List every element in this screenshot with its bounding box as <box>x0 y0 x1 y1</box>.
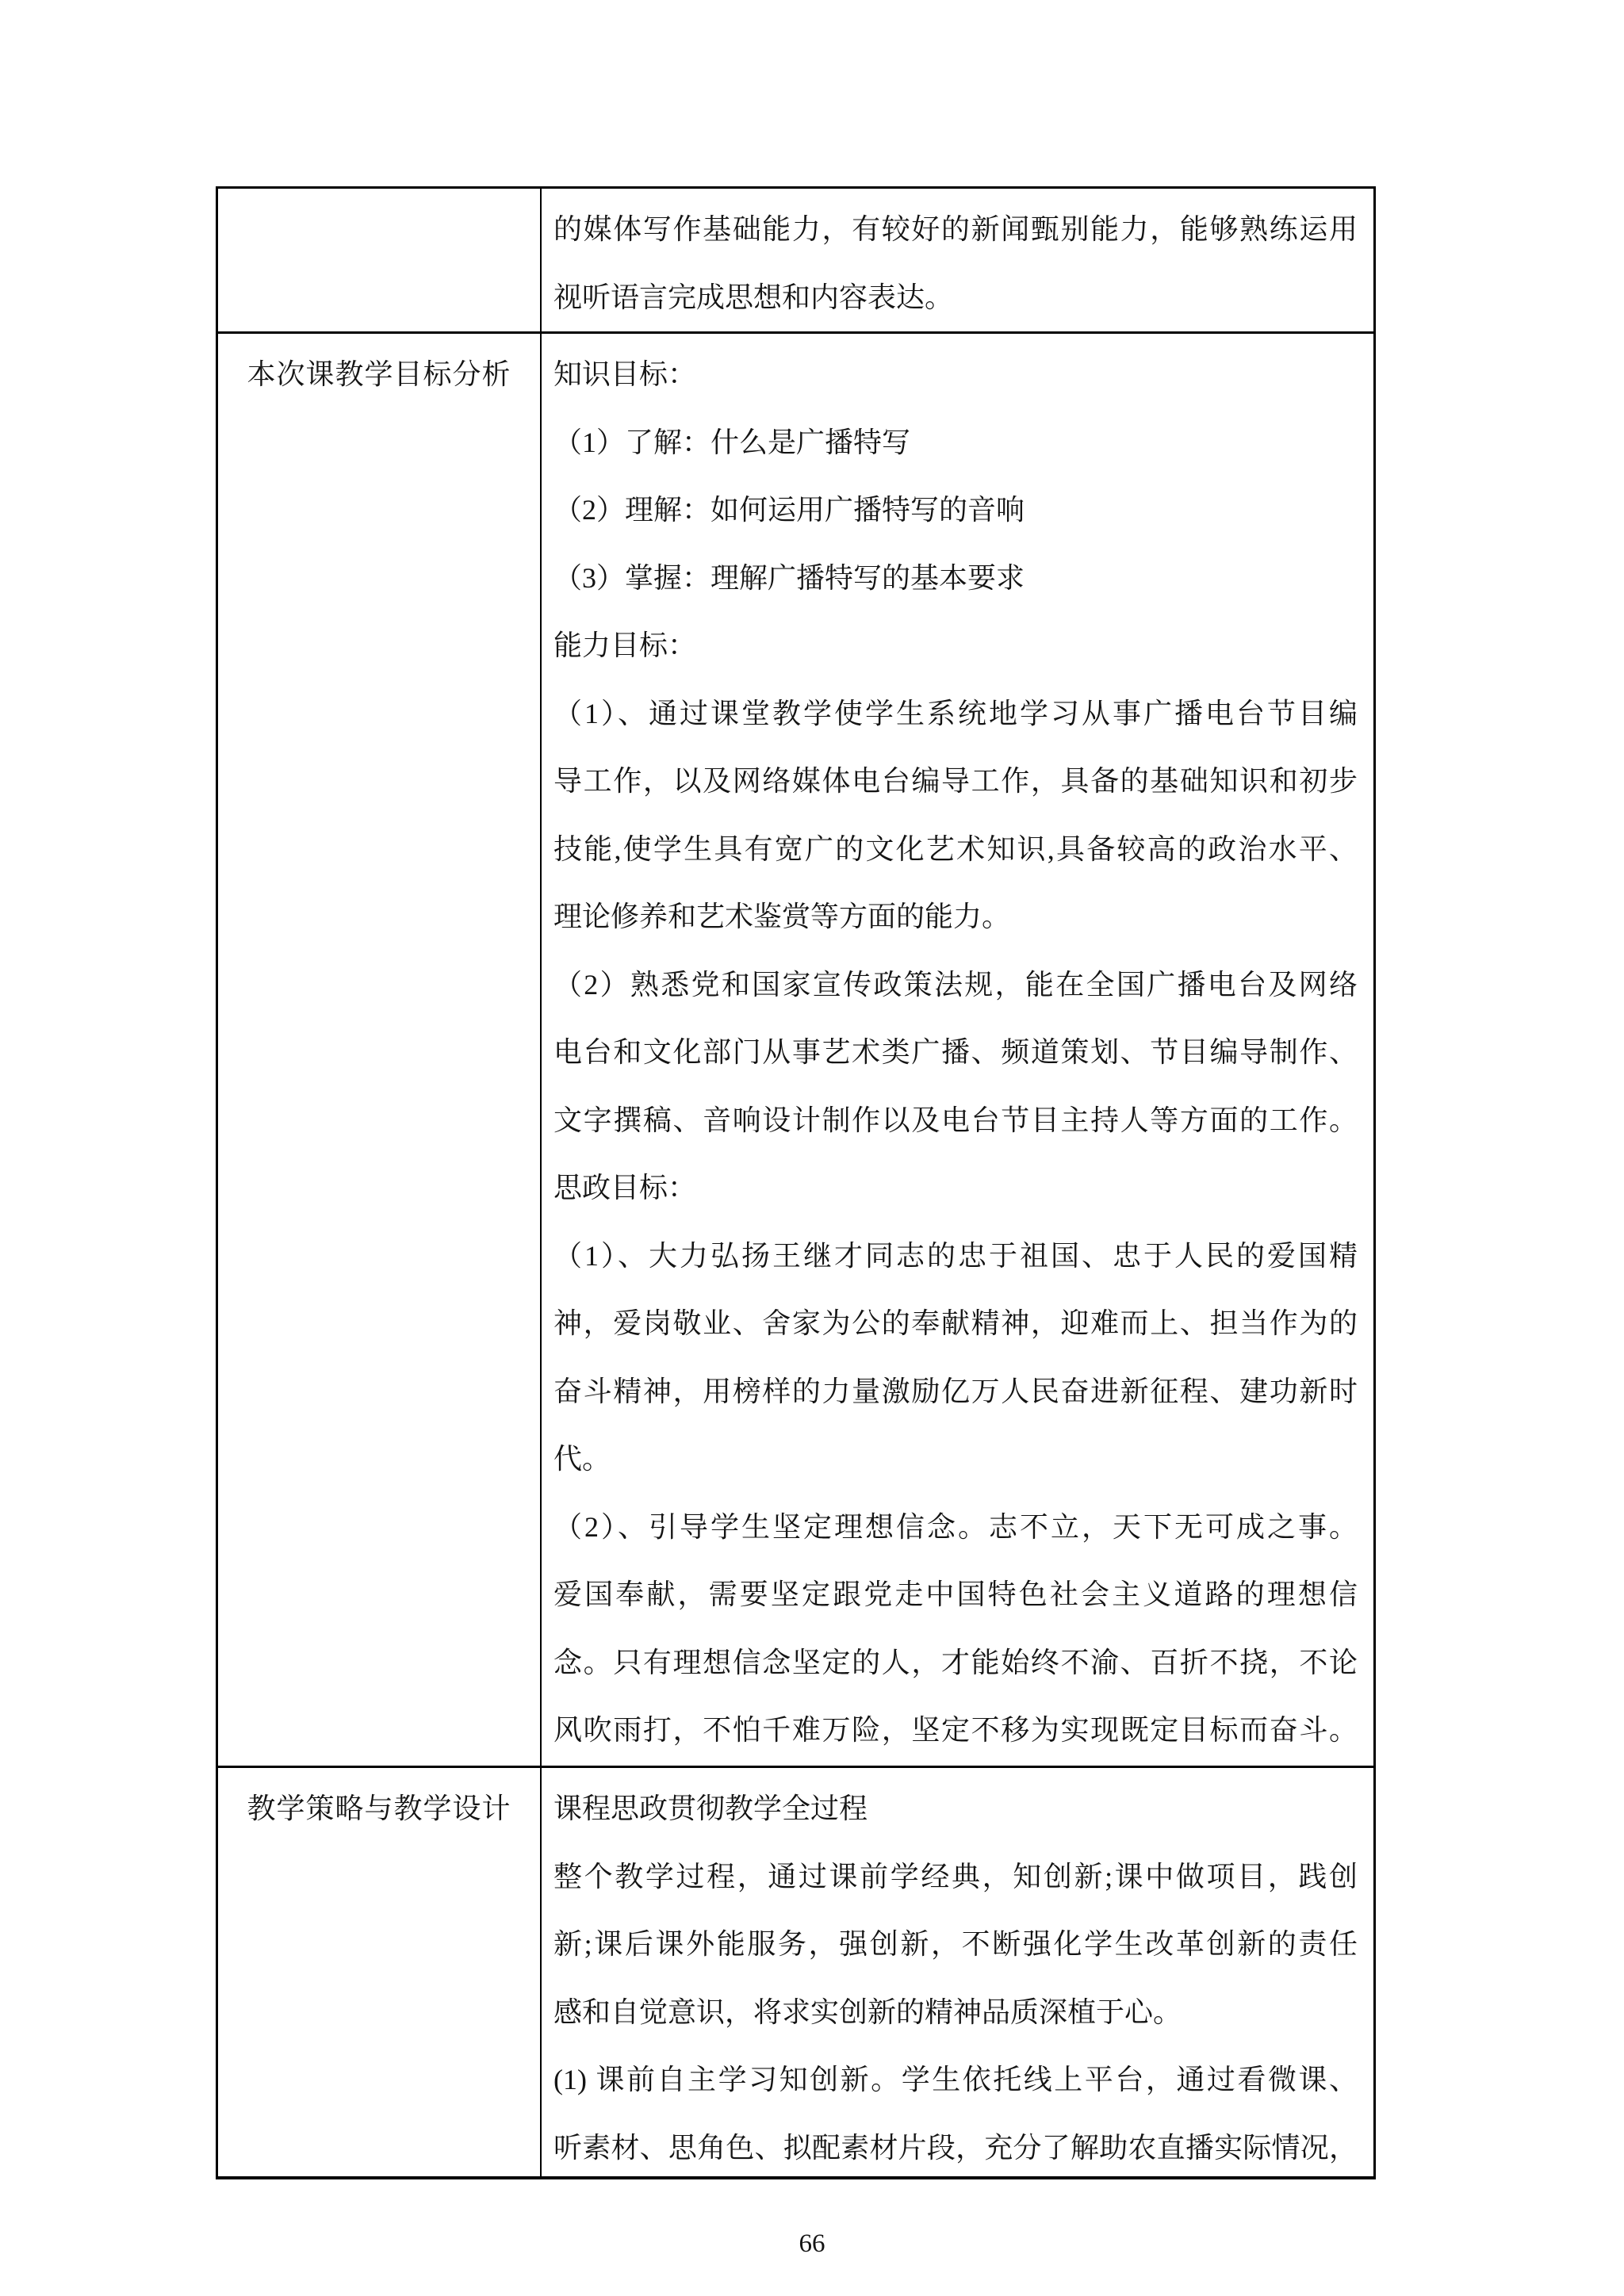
text-line: （2）、引导学生坚定理想信念。志不立，天下无可成之事。 <box>553 1494 1358 1562</box>
text-line: 神，爱岗敬业、舍家为公的奉献精神，迎难而上、担当作为的 <box>553 1290 1358 1358</box>
text-line: 奋斗精神，用榜样的力量激励亿万人民奋进新征程、建功新时 <box>553 1358 1358 1426</box>
table-row-teaching-objectives: 本次课教学目标分析 知识目标：（1）了解：什么是广播特写（2）理解：如何运用广播… <box>218 331 1373 1766</box>
text-line: 视听语言完成思想和内容表达。 <box>553 264 1358 332</box>
page-number: 66 <box>0 2223 1624 2264</box>
text-line: （1）了解：什么是广播特写 <box>553 409 1358 477</box>
text-line: 的媒体写作基础能力，有较好的新闻甄别能力，能够熟练运用 <box>553 196 1358 264</box>
text-line: 电台和文化部门从事艺术类广播、频道策划、节目编导制作、 <box>553 1019 1358 1087</box>
row-label <box>218 196 540 264</box>
table-row-teaching-strategy: 教学策略与教学设计 课程思政贯彻教学全过程整个教学过程，通过课前学经典，知创新;… <box>218 1766 1373 2176</box>
text-line: （3）掌握：理解广播特写的基本要求 <box>553 545 1358 613</box>
text-line: 思政目标： <box>553 1154 1358 1223</box>
text-line: 整个教学过程，通过课前学经典，知创新;课中做项目，践创 <box>553 1843 1358 1911</box>
row-content-cell: 课程思政贯彻教学全过程整个教学过程，通过课前学经典，知创新;课中做项目，践创新;… <box>540 1768 1373 2176</box>
row-label-cell: 教学策略与教学设计 <box>218 1768 540 2176</box>
row-content-cell: 的媒体写作基础能力，有较好的新闻甄别能力，能够熟练运用视听语言完成思想和内容表达… <box>540 189 1373 331</box>
text-line: (1) 课前自主学习知创新。学生依托线上平台，通过看微课、 <box>553 2046 1358 2114</box>
row-label: 本次课教学目标分析 <box>218 341 540 409</box>
text-line: （2）熟悉党和国家宣传政策法规，能在全国广播电台及网络 <box>553 951 1358 1020</box>
text-line: 念。只有理想信念坚定的人，才能始终不渝、百折不挠，不论 <box>553 1629 1358 1697</box>
text-line: 感和自觉意识，将求实创新的精神品质深植于心。 <box>553 1979 1358 2047</box>
text-line: （1）、通过课堂教学使学生系统地学习从事广播电台节目编 <box>553 680 1358 748</box>
text-line: 爱国奉献，需要坚定跟党走中国特色社会主义道路的理想信 <box>553 1561 1358 1629</box>
lesson-plan-table: 的媒体写作基础能力，有较好的新闻甄别能力，能够熟练运用视听语言完成思想和内容表达… <box>216 186 1376 2179</box>
text-line: 理论修养和艺术鉴赏等方面的能力。 <box>553 883 1358 951</box>
row-label-cell <box>218 189 540 331</box>
text-line: 风吹雨打，不怕千难万险，坚定不移为实现既定目标而奋斗。 <box>553 1697 1358 1765</box>
text-line: 知识目标： <box>553 341 1358 409</box>
text-line: 新;课后课外能服务，强创新，不断强化学生改革创新的责任 <box>553 1911 1358 1979</box>
table-row-continuation: 的媒体写作基础能力，有较好的新闻甄别能力，能够熟练运用视听语言完成思想和内容表达… <box>218 189 1373 331</box>
text-line: 文字撰稿、音响设计制作以及电台节目主持人等方面的工作。 <box>553 1087 1358 1155</box>
text-line: 课程思政贯彻教学全过程 <box>553 1775 1358 1843</box>
text-line: 导工作，以及网络媒体电台编导工作，具备的基础知识和初步 <box>553 748 1358 816</box>
text-line: 能力目标： <box>553 612 1358 680</box>
row-label-cell: 本次课教学目标分析 <box>218 334 540 1766</box>
row-label: 教学策略与教学设计 <box>218 1775 540 1843</box>
text-line: （1）、大力弘扬王继才同志的忠于祖国、忠于人民的爱国精 <box>553 1223 1358 1291</box>
text-line: 技能,使学生具有宽广的文化艺术知识,具备较高的政治水平、 <box>553 816 1358 884</box>
row-content-cell: 知识目标：（1）了解：什么是广播特写（2）理解：如何运用广播特写的音响（3）掌握… <box>540 334 1373 1766</box>
text-line: 听素材、思角色、拟配素材片段，充分了解助农直播实际情况， <box>553 2114 1358 2177</box>
text-line: （2）理解：如何运用广播特写的音响 <box>553 476 1358 545</box>
text-line: 代。 <box>553 1425 1358 1494</box>
